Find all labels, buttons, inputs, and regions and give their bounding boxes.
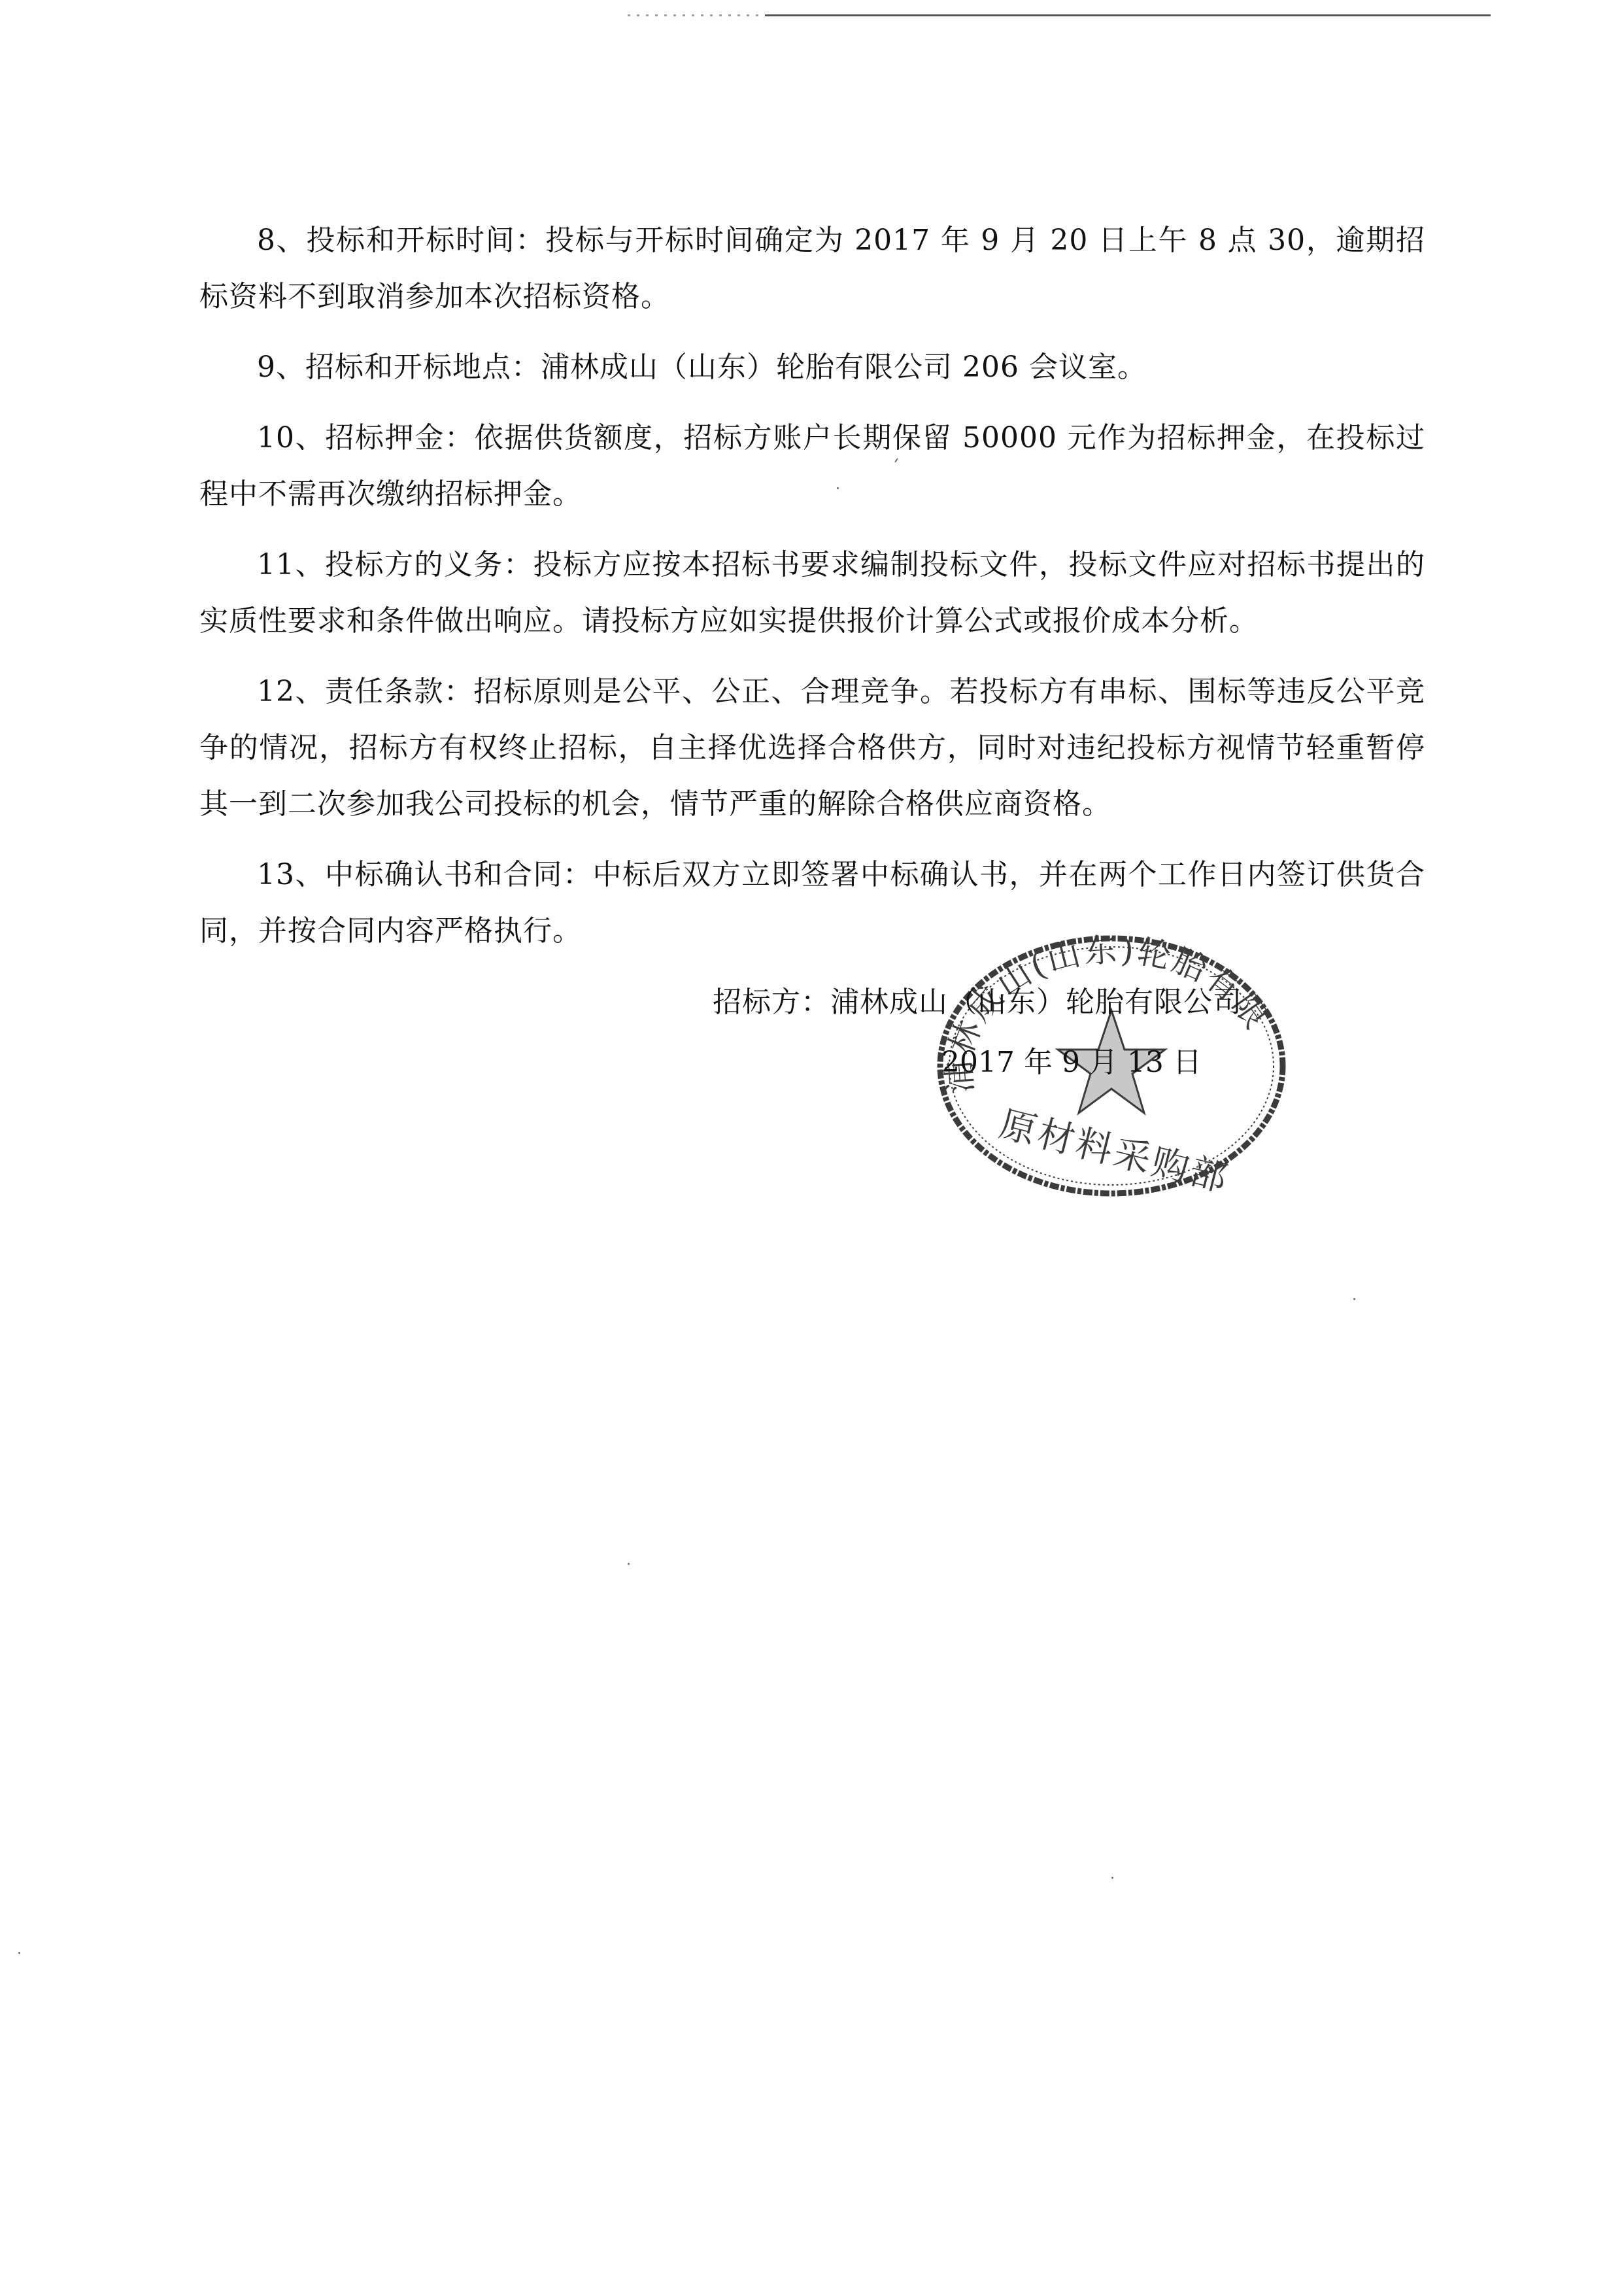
paragraph-item-11: 11、投标方的义务：投标方应按本招标书要求编制投标文件，投标文件应对招标书提出的… bbox=[199, 537, 1425, 649]
paragraph-item-12: 12、责任条款：招标原则是公平、公正、合理竞争。若投标方有串标、围标等违反公平竞… bbox=[199, 664, 1425, 832]
scan-artifact-dots bbox=[628, 14, 765, 16]
scan-speck bbox=[628, 1563, 630, 1565]
stamp-center-text: 原材料采购部 bbox=[995, 1103, 1234, 1201]
document-body: 8、投标和开标时间：投标与开标时间确定为 2017 年 9 月 20 日上午 8… bbox=[199, 213, 1425, 974]
scan-speck bbox=[837, 487, 839, 489]
signature-issuer: 招标方：浦林成山（山东）轮胎有限公司 bbox=[713, 974, 1242, 1031]
paragraph-item-9: 9、招标和开标地点：浦林成山（山东）轮胎有限公司 206 会议室。 bbox=[199, 339, 1425, 396]
signature-date: 2017 年 9 月 13 日 bbox=[941, 1043, 1202, 1082]
scan-speck bbox=[1353, 1298, 1355, 1300]
paragraph-item-8: 8、投标和开标时间：投标与开标时间确定为 2017 年 9 月 20 日上午 8… bbox=[199, 213, 1425, 325]
scan-artifact-edge-line bbox=[765, 14, 1491, 16]
scan-speck bbox=[1111, 1877, 1113, 1879]
paragraph-item-10: 10、招标押金：依据供货额度，招标方账户长期保留 50000 元作为招标押金，在… bbox=[199, 410, 1425, 522]
scan-speck bbox=[18, 1952, 20, 1954]
